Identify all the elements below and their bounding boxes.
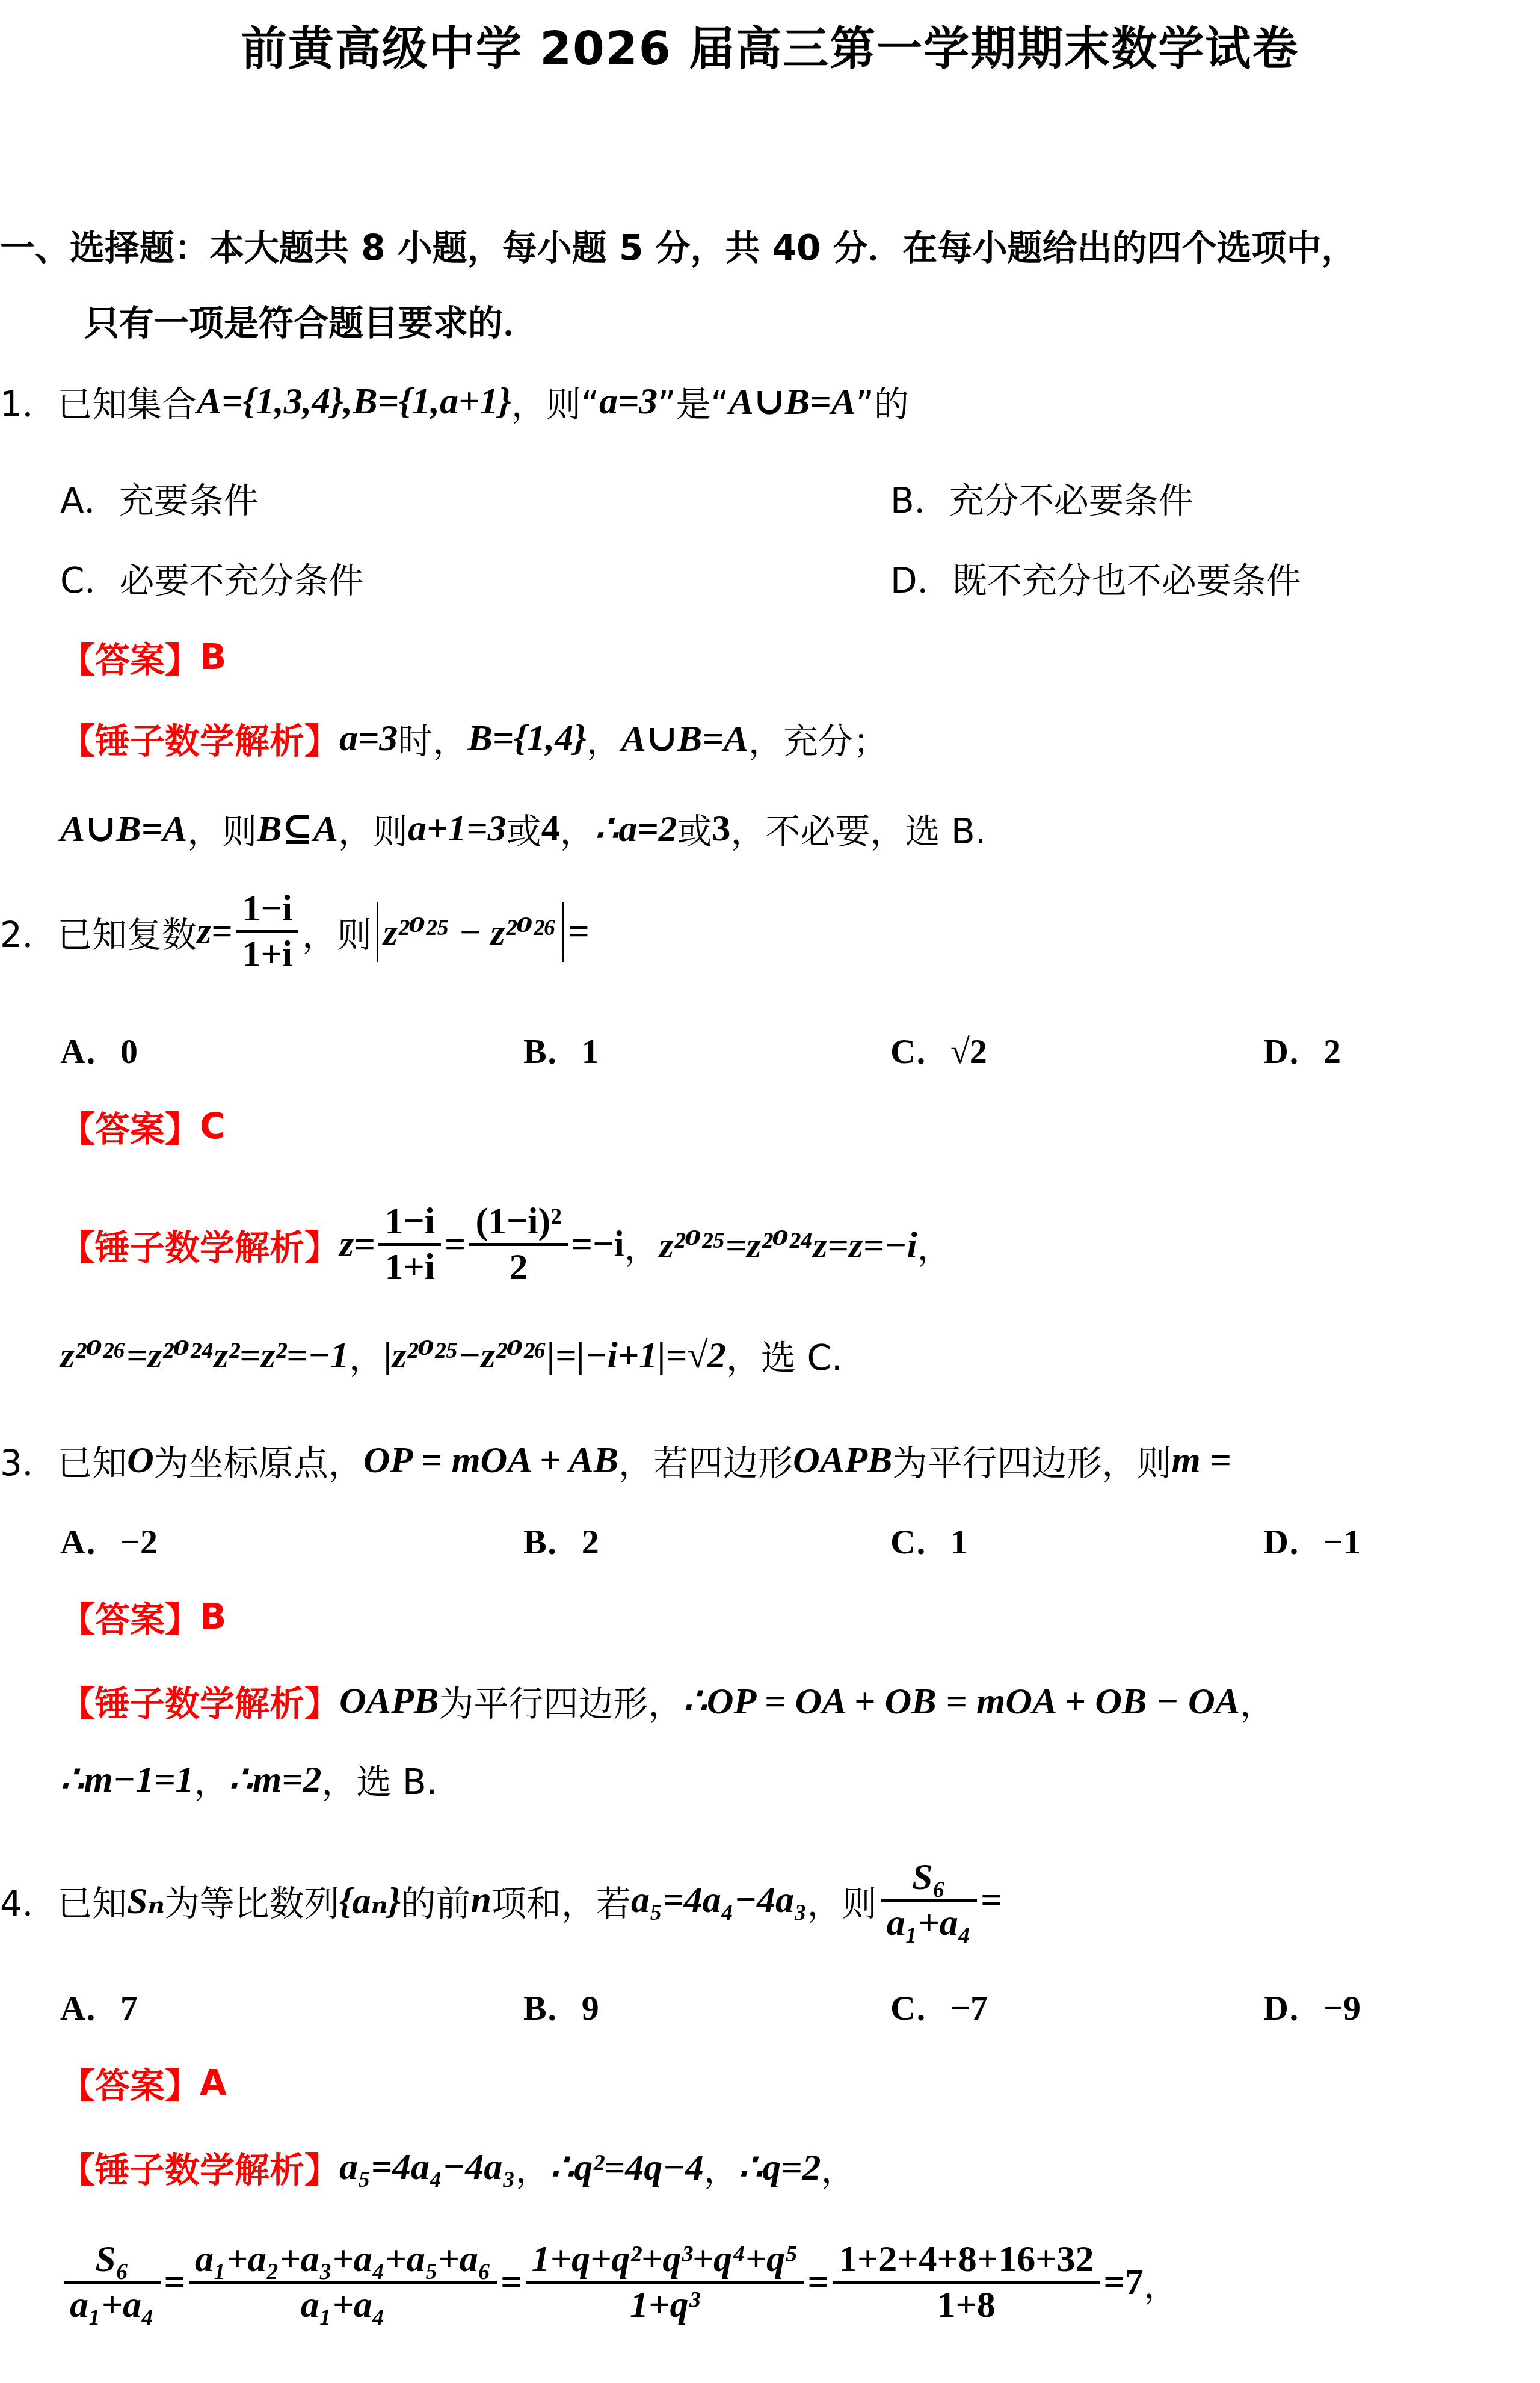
question-2-option-d[interactable]: D．2 — [1263, 1023, 1341, 1073]
question-3-analysis-line1: 【锤子数学解析】 OAPB 为平行四边形， ∴OP = OA + OB = mO… — [60, 1675, 1275, 1726]
question-1-option-c[interactable]: C．必要不充分条件 — [60, 552, 364, 603]
question-4-option-c[interactable]: C．−7 — [890, 1979, 988, 2030]
question-4-analysis-line1: 【锤子数学解析】 a₅=4a₄−4a₃ ， ∴q²=4q−4 ， ∴q=2 ， — [60, 2142, 856, 2192]
question-3-option-a[interactable]: A．−2 — [60, 1513, 158, 1564]
section-heading-line2: 只有一项是符合题目要求的． — [84, 295, 538, 345]
question-4-option-b[interactable]: B．9 — [523, 1979, 599, 2030]
question-2-option-a[interactable]: A．0 — [60, 1023, 138, 1073]
question-3-stem: 3． 已知 O 为坐标原点， OP = mOA + AB ，若四边形 OAPB … — [0, 1435, 1231, 1485]
question-1-option-a[interactable]: A．充要条件 — [60, 472, 259, 523]
question-1-analysis-line2: A∪B=A ，则 B⊆A ，则 a+1=3 或 4 ， ∴a=2 或 3 ，不必… — [60, 803, 986, 854]
question-3-option-c[interactable]: C．1 — [890, 1513, 968, 1564]
question-4-option-d[interactable]: D．−9 — [1263, 1979, 1361, 2030]
question-1-option-b[interactable]: B．充分不必要条件 — [890, 472, 1193, 523]
question-4-answer: 【答案】A — [60, 2058, 227, 2108]
question-2-option-b[interactable]: B．1 — [523, 1023, 599, 1073]
question-2-answer: 【答案】C — [60, 1101, 226, 1151]
question-2-option-c[interactable]: C．√2 — [890, 1023, 987, 1073]
question-4-option-a[interactable]: A．7 — [60, 1979, 138, 2030]
question-2-analysis-line1: 【锤子数学解析】 z= 1−i1+i = (1−i)²2 =−i ， z²⁰²⁵… — [60, 1200, 952, 1289]
question-3-option-d[interactable]: D．−1 — [1263, 1513, 1361, 1564]
question-3-analysis-line2: ∴m−1=1 ， ∴m=2 ，选 B. — [60, 1754, 437, 1804]
question-1-answer: 【答案】B — [60, 632, 226, 682]
question-3-answer: 【答案】B — [60, 1591, 226, 1642]
question-2-stem: 2． 已知复数 z= 1−i1+i ，则 z²⁰²⁵ − z²⁰²⁶ = — [0, 887, 590, 976]
question-1-analysis-line1: 【锤子数学解析】 a=3 时， B={1,4} ， A∪B=A ，充分； — [60, 713, 888, 763]
exam-title: 前黄高级中学 2026 届高三第一学期期末数学试卷 — [0, 12, 1540, 78]
section-heading-line1: 一、选择题：本大题共 8 小题，每小题 5 分，共 40 分．在每小题给出的四个… — [0, 220, 1357, 270]
question-number: 1． — [0, 376, 57, 427]
question-1-option-d[interactable]: D．既不充分也不必要条件 — [890, 552, 1301, 603]
fraction: 1−i1+i — [236, 887, 298, 976]
question-2-analysis-line2: z²⁰²⁶=z²⁰²⁴z²=z²=−1 ， |z²⁰²⁵−z²⁰²⁶|=|−i+… — [60, 1330, 842, 1380]
question-1-stem: 1． 已知集合 A={1,3,4},B={1,a+1} ，则“ a=3 ”是“ … — [0, 376, 909, 427]
question-4-stem: 4． 已知 Sₙ 为等比数列 {aₙ} 的前 n 项和，若 a₅=4a₄−4a₃… — [0, 1856, 1002, 1945]
question-3-option-b[interactable]: B．2 — [523, 1513, 599, 1564]
question-4-analysis-line2: S₆a₁+a₄ = a₁+a₂+a₃+a₄+a₅+a₆a₁+a₄ = 1+q+q… — [60, 2238, 1178, 2327]
